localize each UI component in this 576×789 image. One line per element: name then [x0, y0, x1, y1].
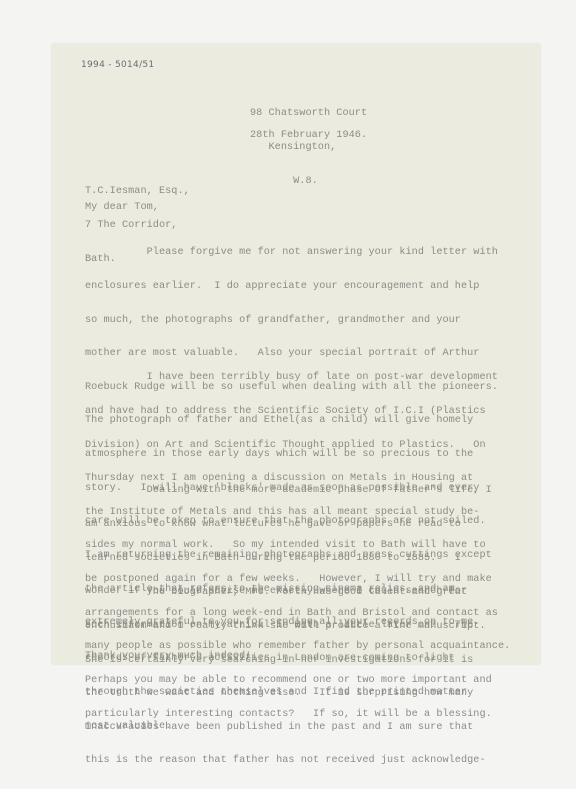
text-line: and have had to address the Scientific S…	[85, 406, 510, 417]
text-line: enclosures earlier. I do appreciate your…	[85, 281, 498, 292]
recipient-line: T.C.Iesman, Esq.,	[85, 186, 190, 197]
address-line: 98 Chatsworth Court	[250, 108, 367, 119]
sender-address: 98 Chatsworth Court Kensington, W.8.	[250, 86, 367, 209]
text-line: Division) on Art and Scientific Thought …	[85, 440, 510, 451]
paragraph-4: The biographer, Mrs. Forth has good tale…	[85, 565, 486, 720]
letter-date: 28th February 1946.	[250, 130, 367, 141]
text-line: am anxious to know what lectures he gave…	[85, 519, 492, 530]
text-line: The biographer, Mrs. Forth has good tale…	[85, 587, 486, 598]
text-line: so much, the photographs of grandfather,…	[85, 315, 498, 326]
address-line: Kensington,	[250, 142, 367, 153]
archive-reference-number: 1994 - 5014/51	[81, 60, 154, 70]
text-line: Please forgive me for not answering your…	[85, 247, 498, 258]
address-line: W.8.	[250, 176, 367, 187]
text-line: Dealing with the more academic phase of …	[85, 485, 492, 496]
letter-page: 1994 - 5014/51 98 Chatsworth Court Kensi…	[52, 44, 540, 664]
salutation: My dear Tom,	[85, 202, 159, 213]
text-line: enthusiasm and I really think she will p…	[85, 621, 486, 632]
text-line: She is certainly very searching in her i…	[85, 655, 486, 666]
text-line: the truth we want and nothing else. It i…	[85, 688, 486, 699]
text-line: learned societies in Bath during the per…	[85, 553, 492, 564]
text-line: I have been terribly busy of late on pos…	[85, 372, 510, 383]
